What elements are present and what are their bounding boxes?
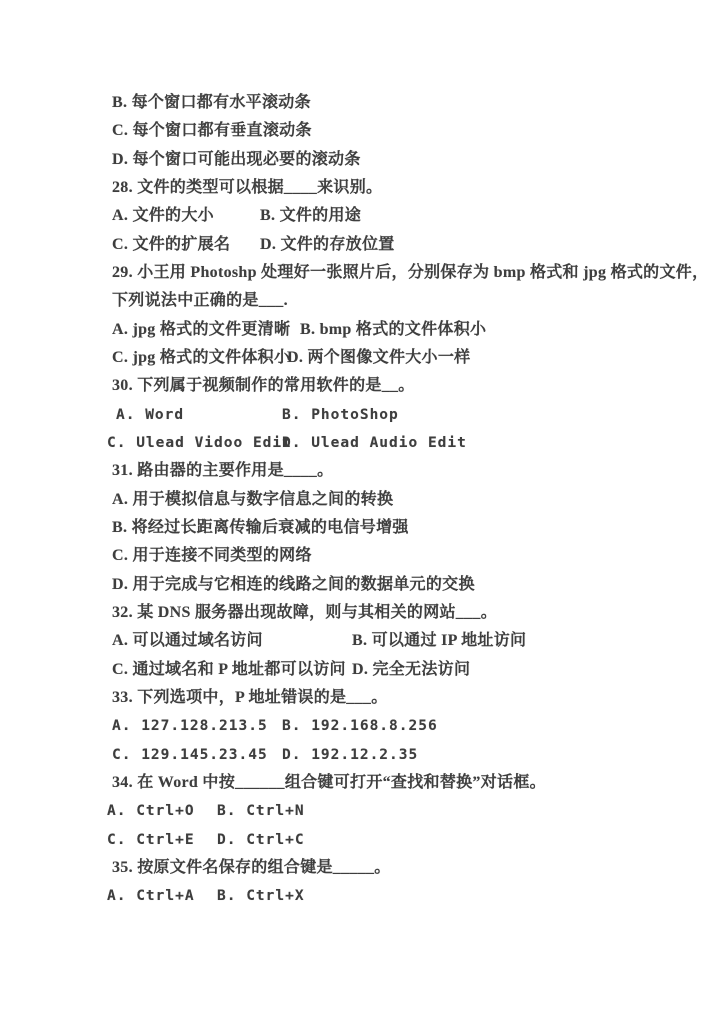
q35-option-a: A. Ctrl+A — [107, 882, 195, 910]
q29-options-ab: A. jpg 格式的文件更清晰B. bmp 格式的文件体积小 — [0, 316, 724, 344]
q29-options-cd: C. jpg 格式的文件体积小D. 两个图像文件大小一样 — [0, 344, 724, 372]
q27-options-tail-c: C. 每个窗口都有垂直滚动条 — [0, 117, 724, 145]
q31-option-b: B. 将经过长距离传输后衰减的电信号增强 — [112, 514, 409, 542]
q27-option-c: C. 每个窗口都有垂直滚动条 — [112, 117, 312, 145]
q30-option-c: C. Ulead Vidoo Edit — [107, 429, 292, 457]
q29-stem-line2: 下列说法中正确的是___. — [0, 287, 724, 315]
q31-option-c: C. 用于连接不同类型的网络 — [112, 542, 312, 570]
q34-option-c: C. Ctrl+E — [107, 826, 195, 854]
q30-options-cd: C. Ulead Vidoo EditD. Ulead Audio Edit — [0, 429, 724, 457]
q33-option-a: A. 127.128.213.5 — [112, 712, 268, 740]
q31-option-a: A. 用于模拟信息与数字信息之间的转换 — [112, 486, 393, 514]
q28-option-c: C. 文件的扩展名 — [112, 231, 230, 259]
q30-option-d: D. Ulead Audio Edit — [282, 429, 467, 457]
q29-stem-text1: 29. 小王用 Photoshp 处理好一张照片后，分别保存为 bmp 格式和 … — [112, 259, 708, 287]
q32-option-b: B. 可以通过 IP 地址访问 — [352, 627, 526, 655]
q35-stem: 35. 按原文件名保存的组合键是_____。 — [0, 854, 724, 882]
q31-option-row-b: B. 将经过长距离传输后衰减的电信号增强 — [0, 514, 724, 542]
q29-option-b: B. bmp 格式的文件体积小 — [300, 316, 486, 344]
q35-option-b: B. Ctrl+X — [217, 882, 305, 910]
q32-options-cd: C. 通过域名和 P 地址都可以访问D. 完全无法访问 — [0, 656, 724, 684]
q28-option-a: A. 文件的大小 — [112, 202, 214, 230]
q32-option-a: A. 可以通过域名访问 — [112, 627, 263, 655]
q27-option-d: D. 每个窗口可能出现必要的滚动条 — [112, 146, 361, 174]
q34-option-a: A. Ctrl+O — [107, 797, 195, 825]
q33-option-b: B. 192.168.8.256 — [282, 712, 438, 740]
q28-option-b: B. 文件的用途 — [260, 202, 361, 230]
q27-option-b: B. 每个窗口都有水平滚动条 — [112, 89, 311, 117]
q34-option-b: B. Ctrl+N — [217, 797, 305, 825]
q31-option-row-a: A. 用于模拟信息与数字信息之间的转换 — [0, 486, 724, 514]
q28-options-ab: A. 文件的大小B. 文件的用途 — [0, 202, 724, 230]
q33-options-cd: C. 129.145.23.45D. 192.12.2.35 — [0, 741, 724, 769]
q32-stem: 32. 某 DNS 服务器出现故障，则与其相关的网站___。 — [0, 599, 724, 627]
q35-options-ab: A. Ctrl+AB. Ctrl+X — [0, 882, 724, 910]
q32-option-c: C. 通过域名和 P 地址都可以访问 — [112, 656, 346, 684]
q34-stem: 34. 在 Word 中按______组合键可打开“查找和替换”对话框。 — [0, 769, 724, 797]
document-page: B. 每个窗口都有水平滚动条C. 每个窗口都有垂直滚动条D. 每个窗口可能出现必… — [0, 0, 724, 1024]
q30-option-a: A. Word — [116, 401, 184, 429]
q29-option-c: C. jpg 格式的文件体积小 — [112, 344, 290, 372]
q30-stem: 30. 下列属于视频制作的常用软件的是__。 — [0, 372, 724, 400]
q29-stem-text2: 下列说法中正确的是___. — [112, 287, 288, 315]
q30-stem-text: 30. 下列属于视频制作的常用软件的是__。 — [112, 372, 415, 400]
q28-option-d: D. 文件的存放位置 — [260, 231, 395, 259]
q34-stem-text: 34. 在 Word 中按______组合键可打开“查找和替换”对话框。 — [112, 769, 546, 797]
q28-options-cd: C. 文件的扩展名D. 文件的存放位置 — [0, 231, 724, 259]
q32-options-ab: A. 可以通过域名访问B. 可以通过 IP 地址访问 — [0, 627, 724, 655]
q33-stem-text: 33. 下列选项中，P 地址错误的是___。 — [112, 684, 388, 712]
q31-option-row-d: D. 用于完成与它相连的线路之间的数据单元的交换 — [0, 571, 724, 599]
q28-stem-text: 28. 文件的类型可以根据____来识别。 — [112, 174, 382, 202]
q34-options-cd: C. Ctrl+ED. Ctrl+C — [0, 826, 724, 854]
q33-option-c: C. 129.145.23.45 — [112, 741, 268, 769]
q30-options-ab: A. WordB. PhotoShop — [0, 401, 724, 429]
q31-option-row-c: C. 用于连接不同类型的网络 — [0, 542, 724, 570]
q32-option-d: D. 完全无法访问 — [352, 656, 470, 684]
q29-option-a: A. jpg 格式的文件更清晰 — [112, 316, 290, 344]
q34-options-ab: A. Ctrl+OB. Ctrl+N — [0, 797, 724, 825]
q30-option-b: B. PhotoShop — [282, 401, 399, 429]
q31-option-d: D. 用于完成与它相连的线路之间的数据单元的交换 — [112, 571, 475, 599]
q31-stem-text: 31. 路由器的主要作用是____。 — [112, 457, 333, 485]
q33-options-ab: A. 127.128.213.5B. 192.168.8.256 — [0, 712, 724, 740]
q33-option-d: D. 192.12.2.35 — [282, 741, 418, 769]
q33-stem: 33. 下列选项中，P 地址错误的是___。 — [0, 684, 724, 712]
q29-stem-line1: 29. 小王用 Photoshp 处理好一张照片后，分别保存为 bmp 格式和 … — [0, 259, 724, 287]
q34-option-d: D. Ctrl+C — [217, 826, 305, 854]
q29-option-d: D. 两个图像文件大小一样 — [287, 344, 470, 372]
q27-options-tail-b: B. 每个窗口都有水平滚动条 — [0, 89, 724, 117]
q28-stem: 28. 文件的类型可以根据____来识别。 — [0, 174, 724, 202]
q32-stem-text: 32. 某 DNS 服务器出现故障，则与其相关的网站___。 — [112, 599, 497, 627]
q35-stem-text: 35. 按原文件名保存的组合键是_____。 — [112, 854, 391, 882]
q27-options-tail-d: D. 每个窗口可能出现必要的滚动条 — [0, 146, 724, 174]
q31-stem: 31. 路由器的主要作用是____。 — [0, 457, 724, 485]
